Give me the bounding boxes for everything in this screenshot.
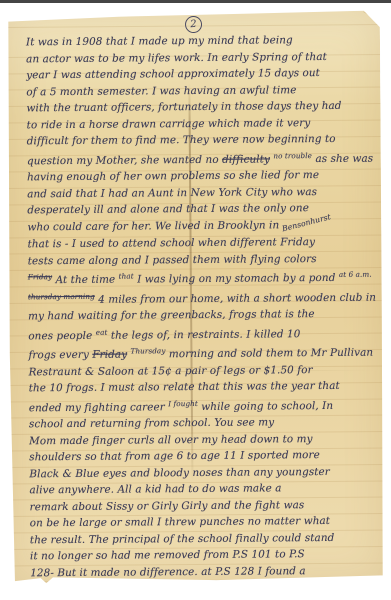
handwriting-text: as she was [312,152,373,164]
handwriting-edit: Friday [92,349,127,361]
handwriting-text: 4 miles from our home, with a short wood… [95,291,376,305]
handwriting-text: with the truant officers, fortunately in… [26,100,341,114]
handwriting-text: the 10 frogs. I must also relate that th… [29,380,340,394]
letter-paper: 2 It was in 1908 that I made up my mind … [7,10,384,584]
handwriting-text: frogs every [28,349,92,362]
letter-body: It was in 1908 that I made up my mind th… [26,32,380,580]
handwriting-text: my hand waiting for the greenbacks, frog… [28,308,315,322]
handwriting-text: the legs of, in restraints. I killed 10 [107,328,300,342]
handwriting-edit: difficulty [222,153,270,165]
handwriting-line: friend who felt so sorry for me that he … [30,579,380,598]
handwriting-line: thursday morning 4 miles from our home, … [28,286,378,308]
handwriting-line: who could care for her. We lived in Broo… [27,216,377,236]
handwriting-line: Friday At the time that I was lying on m… [28,267,378,289]
handwriting-text: ended my fighting career [29,401,168,414]
handwriting-edit: at 6 a.m. [339,270,372,279]
handwriting-edit: no trouble [273,151,312,160]
handwriting-text: difficult for them to find me. They were… [27,133,336,147]
handwriting-line: Black & Blue eyes and bloody noses than … [29,463,379,482]
handwriting-edit: eat [96,327,108,336]
handwriting-text: morning and sold them to Mr Pullivan [165,347,373,361]
handwriting-text: on be he large or small I threw punches … [30,515,330,529]
handwriting-edit: thursday morning [28,291,95,301]
page-number: 2 [184,15,202,33]
handwriting-text: that is - I used to attend school when d… [28,236,316,250]
handwriting-text: to ride in a horse drawn carriage which … [27,117,311,131]
handwriting-line: the result. The principal of the school … [30,529,380,548]
handwriting-text: ones people [28,329,96,342]
handwriting-text: Mom made finger curls all over my head d… [29,433,313,447]
handwriting-text: it no longer so had me removed from P.S … [30,548,305,562]
handwriting-text: At the time [52,274,119,287]
handwriting-text: remark about Sissy or Girly Girly and th… [30,499,305,513]
handwriting-text: alive anywhere. All a kid had to do was … [29,482,281,496]
handwriting-text: the result. The principal of the school … [30,531,335,545]
handwriting-text: of a 5 month semester. I was having an a… [26,84,296,98]
handwriting-line: on be he large or small I threw punches … [30,513,380,532]
dogear-fold [363,11,380,24]
screenshot-root: { "document": { "page_number": "2", "col… [0,0,391,600]
handwriting-edit: that [119,271,134,280]
handwriting-text: shoulders so that from age 6 to age 11 I… [29,449,320,463]
handwriting-edit: Thursday [131,346,166,355]
handwriting-line: an actor was to be my lifes work. In ear… [26,48,376,67]
handwriting-text: an actor was to be my lifes work. In ear… [26,50,327,64]
handwriting-text: Restraunt & Saloon at 15¢ a pair of legs… [29,364,313,378]
handwriting-text: desperately ill and alone and that I was… [27,202,309,216]
handwriting-text: year I was attending school approximatel… [26,67,320,81]
handwriting-text: who could care for her. We lived in Broo… [27,219,282,233]
scan-edge-strip [0,0,391,3]
handwriting-line: question my Mother, she wanted no diffic… [27,147,377,169]
handwriting-text: and said that I had an Aunt in New York … [27,186,317,200]
handwriting-edit: Friday [28,272,52,281]
handwriting-line: ones people eat the legs of, in restrain… [28,322,378,344]
handwriting-text: It was in 1908 that I made up my mind th… [26,34,293,48]
handwriting-text: school and returning from school. You se… [29,416,274,430]
handwriting-line: with the truant officers, fortunately in… [26,98,376,117]
handwriting-text: while going to school, In [198,399,333,412]
handwriting-edit: I fought [168,398,198,407]
handwriting-text: 128- But it made no difference. at P.S 1… [30,565,306,579]
handwriting-text: question my Mother, she wanted no [27,153,222,167]
handwriting-text: I was lying on my stomach by a pond [134,272,339,286]
handwriting-line: 128- But it made no difference. at P.S 1… [30,562,380,581]
handwriting-line: difficult for them to find me. They were… [27,131,377,150]
handwriting-line: ended my fighting career I fought while … [29,394,379,416]
handwriting-text: Black & Blue eyes and bloody noses than … [29,465,330,479]
handwriting-text: tests came along and I passed them with … [28,253,317,267]
handwriting-line: frogs every Friday Thursday morning and … [28,342,378,364]
handwriting-line: the 10 frogs. I must also relate that th… [29,378,379,397]
handwriting-text: friend who felt so sorry for me that he … [30,581,291,595]
handwriting-text: having enough of her own problems so she… [27,169,319,183]
